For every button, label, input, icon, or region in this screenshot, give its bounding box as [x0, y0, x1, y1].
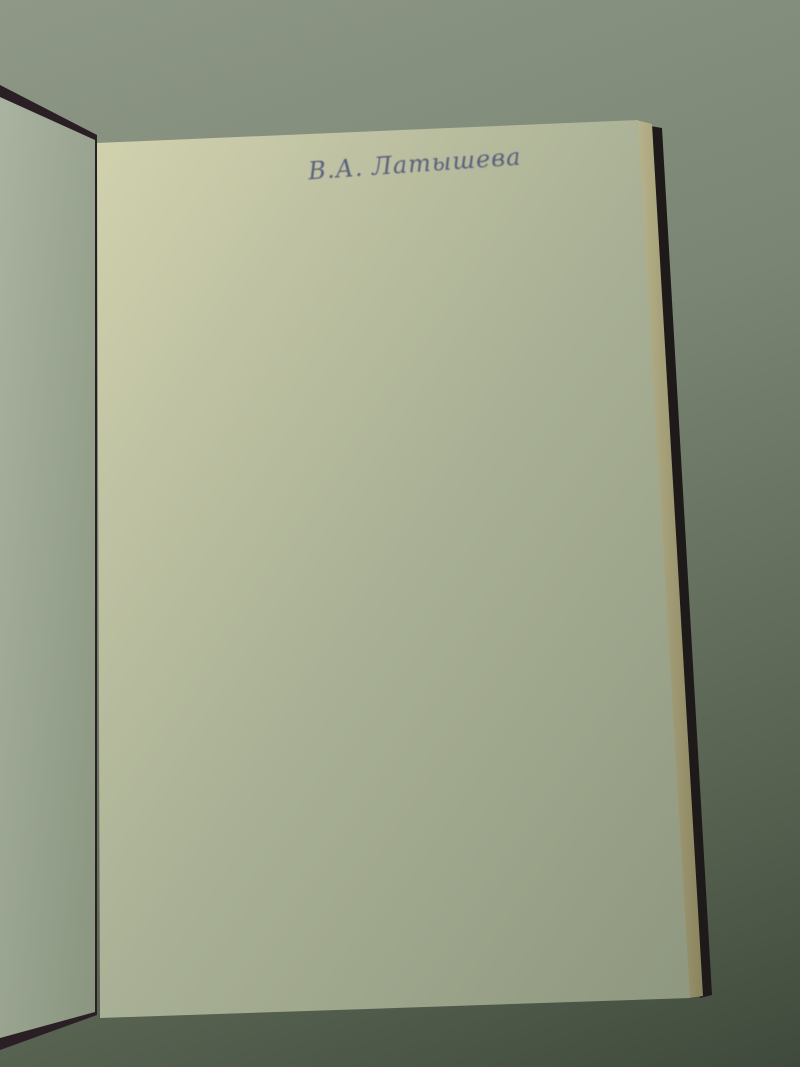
- right-page: [97, 120, 690, 1018]
- left-page: [0, 97, 95, 1038]
- book-photo: В.А. Латышева: [0, 0, 800, 1067]
